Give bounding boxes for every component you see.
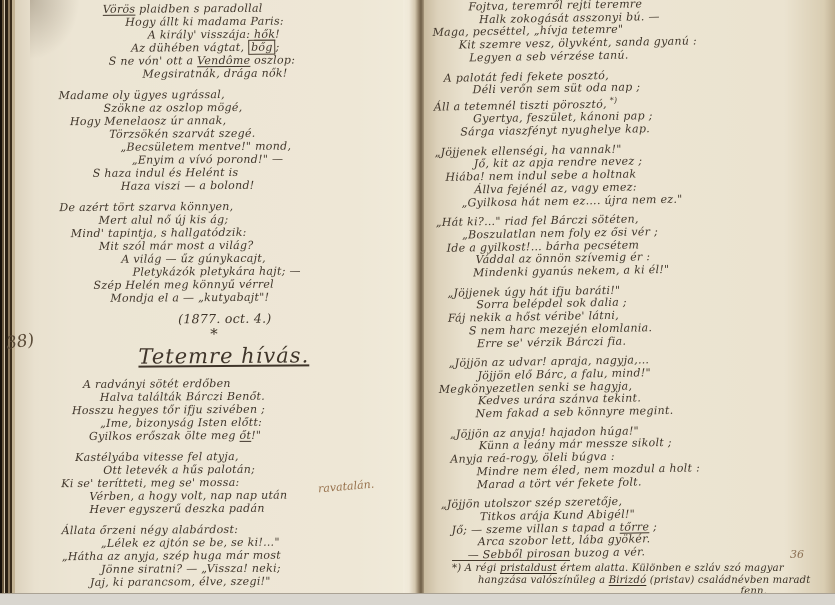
- page-number-left: 38): [5, 330, 36, 354]
- footnote-line: *) A régi pristaldust értem alatta. Külö…: [452, 563, 827, 575]
- text-segment: A világ — űz gúnykacajt,: [121, 252, 266, 266]
- text-segment: „Enyim a vívó porond!" —: [132, 153, 284, 167]
- poem-line: Haza viszi — a bolond!: [59, 178, 389, 193]
- stacked-page-edges: [0, 0, 15, 605]
- text-segment: *: [210, 325, 218, 343]
- text-segment: !: [275, 28, 280, 41]
- poem-stanza: Madame oly ügyes ugrással,Szökne az oszl…: [59, 87, 390, 193]
- text-segment: !": [251, 429, 261, 442]
- text-segment: (pristav) családnévben maradt: [646, 575, 810, 586]
- emphasized-word: pristaldust: [500, 563, 557, 574]
- text-segment: Hogy Menelaosz úr annak,: [70, 114, 227, 128]
- emphasized-word: Tetemre hívás.: [138, 343, 309, 368]
- poem-line: Mondja el a — „kutyabajt"!: [60, 290, 390, 305]
- text-segment: Állata őrzeni négy alabárdost:: [62, 523, 239, 537]
- text-segment: A radványi sötét erdőben: [83, 377, 231, 391]
- poem-star: *: [210, 326, 390, 341]
- emphasized-word: Vendôme: [197, 54, 250, 67]
- text-segment: Pletykázók pletykára hajt; —: [133, 264, 301, 278]
- scan-bottom-edge: [0, 593, 835, 605]
- footnote-block: *) A régi pristaldust értem alatta. Külö…: [452, 560, 827, 598]
- text-segment: Mind' tapintja, s hallgatódzik:: [71, 226, 247, 240]
- text-segment: értem alatta. Különben e szláv szó magya…: [557, 563, 784, 574]
- text-segment: Hogy állt ki madama Paris:: [125, 15, 284, 29]
- text-segment: Hosszu hegyes tőr ifju szivében ;: [72, 403, 265, 417]
- text-segment: Szép Helén meg könnyű vérrel: [93, 278, 274, 292]
- poem-stanza: Állata őrzeni négy alabárdost:„Lélek ez …: [62, 522, 392, 589]
- footnote-separator-rule: [452, 560, 570, 561]
- text-segment: (1877. oct. 4.): [178, 311, 272, 327]
- poem-title: Tetemre hívás.: [138, 342, 390, 370]
- emphasized-word: Vörös: [103, 3, 136, 16]
- footnote-line: hangzása valószínűleg a Birizdó (pristav…: [478, 575, 827, 587]
- text-segment: Ott letevék a hűs palotán;: [103, 463, 255, 477]
- emphasized-word: őt: [239, 429, 251, 442]
- open-manuscript-book: Vörös plaidben s paradollalHogy állt ki …: [0, 0, 835, 605]
- emphasized-word: Birizdó: [609, 575, 647, 586]
- text-segment: A király' visszája:: [148, 28, 254, 42]
- text-segment: „Lélek ez ajtón se be, se ki!…": [101, 536, 280, 550]
- text-segment: plaidben s paradollal: [135, 2, 262, 16]
- emphasized-word: bőg: [248, 40, 276, 55]
- text-segment: Gyilkos erőszak ölte meg: [89, 429, 240, 443]
- book-spine-gutter: [403, 0, 424, 605]
- poem-stanza: De azért tört szarva könnyen,Mert alul n…: [59, 199, 390, 305]
- poem-date: (1877. oct. 4.): [178, 311, 390, 325]
- poem-line: Hever egyszerű deszka padán: [61, 501, 391, 516]
- text-segment: Mert alul nő új kis ág;: [99, 213, 229, 227]
- text-segment: Haza viszi — a bolond!: [121, 179, 255, 193]
- poem-line: Jaj, ki parancsom, élve, szegi!": [62, 574, 392, 589]
- text-segment: *) A régi: [452, 563, 500, 574]
- text-segment: Törzsökén szarvát szegé.: [109, 127, 255, 141]
- right-page-overlay: 36 *) A régi pristaldust értem alatta. K…: [424, 0, 835, 605]
- text-segment: Mit szól már most a világ?: [99, 239, 254, 253]
- poem-stanza: Vörös plaidben s paradollalHogy állt ki …: [58, 1, 389, 81]
- text-segment: S ne vón' ott a: [109, 54, 197, 68]
- text-segment: „Ime, bizonyság Isten előtt:: [100, 416, 262, 430]
- poem-stanza: A radványi sötét erdőbenHalva találták B…: [61, 376, 391, 443]
- text-segment: Megsiratnák, drága nők!: [142, 67, 287, 81]
- text-segment: Halva találták Bárczi Benőt.: [100, 390, 265, 404]
- text-segment: Madame oly ügyes ugrással,: [59, 88, 225, 102]
- text-segment: Ki se' terítteti, meg se' mossa:: [61, 476, 239, 490]
- poem-line: Gyilkos erőszak ölte meg őt!": [61, 428, 391, 443]
- text-segment: ;: [276, 41, 280, 54]
- text-segment: De azért tört szarva könnyen,: [59, 200, 233, 214]
- text-segment: Jönne siratni? — „Vissza! neki;: [101, 562, 281, 576]
- text-segment: Az dühében vágtat,: [131, 41, 248, 55]
- text-segment: S haza indul és Helént is: [93, 166, 239, 180]
- text-segment: hangzása valószínűleg a: [478, 575, 609, 586]
- poem-stanza: (1877. oct. 4.)*Tetemre hívás.: [60, 311, 390, 370]
- text-segment: Kastélyába vitesse fel atyja,: [75, 450, 239, 464]
- left-page-poem-text: Vörös plaidben s paradollalHogy állt ki …: [58, 1, 392, 597]
- text-segment: oszlop:: [250, 54, 295, 67]
- text-segment: „Becsületem mentve!" mond,: [120, 140, 291, 154]
- text-segment: Jaj, ki parancsom, élve, szegi!": [90, 575, 271, 589]
- text-segment: Szökne az oszlop mögé,: [103, 101, 242, 115]
- poem-line: Megsiratnák, drága nők!: [58, 66, 388, 81]
- text-segment: Hever egyszerű deszka padán: [89, 502, 264, 516]
- text-segment: Mondja el a — „kutyabajt"!: [110, 291, 269, 305]
